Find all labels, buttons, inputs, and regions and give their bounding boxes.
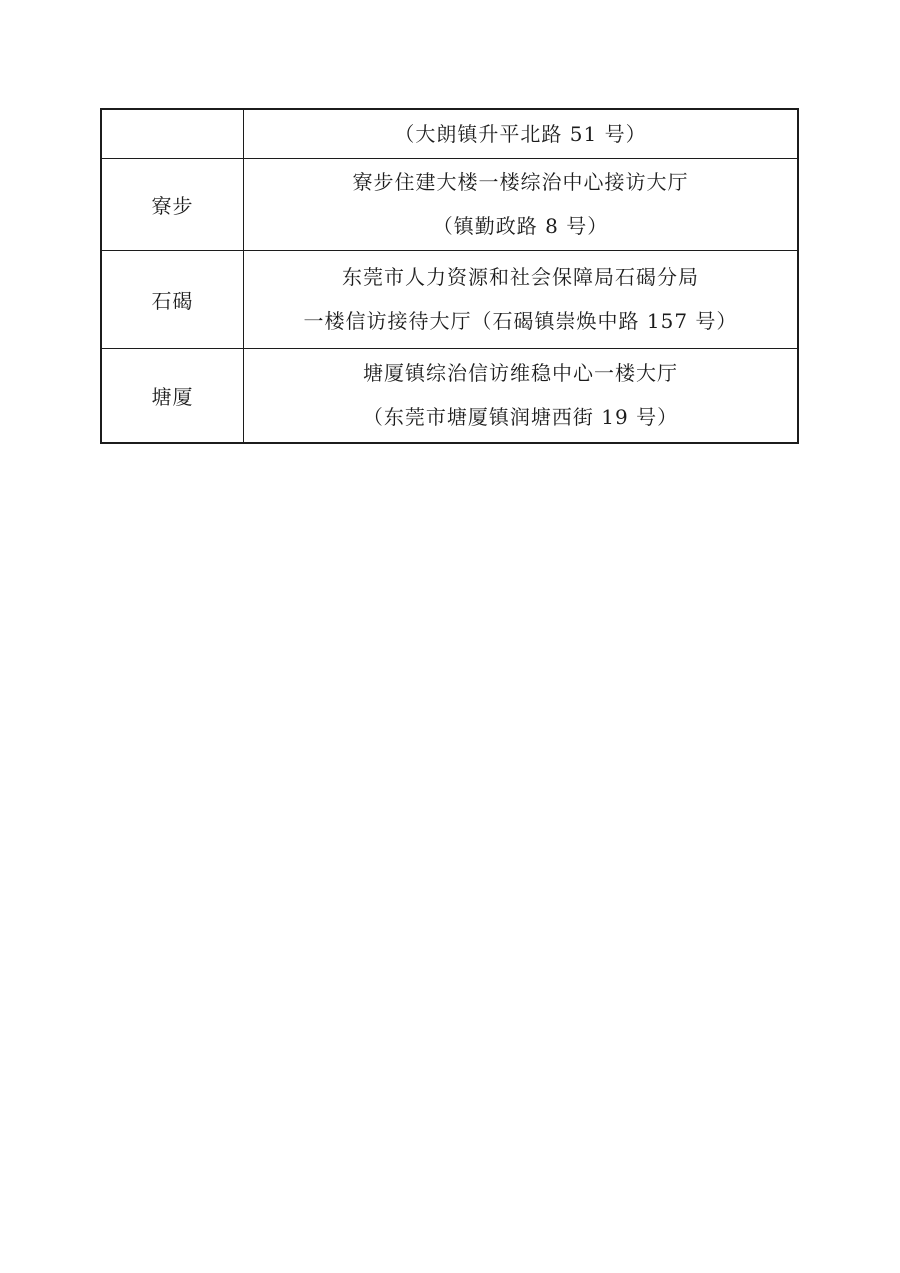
address-line: （东莞市塘厦镇润塘西街 19 号） (244, 395, 797, 439)
address-line: 寮步住建大楼一楼综治中心接访大厅 (244, 160, 797, 204)
address-cell: 寮步住建大楼一楼综治中心接访大厅 （镇勤政路 8 号） (244, 158, 799, 250)
address-cell: 东莞市人力资源和社会保障局石碣分局 一楼信访接待大厅（石碣镇崇焕中路 157 号… (244, 250, 799, 348)
town-label: 石碣 (152, 289, 194, 313)
address-line: （镇勤政路 8 号） (244, 204, 797, 248)
address-line: 塘厦镇综治信访维稳中心一楼大厅 (244, 351, 797, 395)
table-row: 石碣 东莞市人力资源和社会保障局石碣分局 一楼信访接待大厅（石碣镇崇焕中路 15… (101, 250, 798, 348)
table-row: 塘厦 塘厦镇综治信访维稳中心一楼大厅 （东莞市塘厦镇润塘西街 19 号） (101, 348, 798, 443)
address-line: 东莞市人力资源和社会保障局石碣分局 (244, 255, 797, 299)
table-row: （大朗镇升平北路 51 号） (101, 109, 798, 158)
town-cell (101, 109, 244, 158)
town-cell: 塘厦 (101, 348, 244, 443)
address-line: 一楼信访接待大厅（石碣镇崇焕中路 157 号） (244, 299, 797, 343)
table-row: 寮步 寮步住建大楼一楼综治中心接访大厅 （镇勤政路 8 号） (101, 158, 798, 250)
town-label: 塘厦 (152, 385, 194, 409)
petition-locations-table: （大朗镇升平北路 51 号） 寮步 寮步住建大楼一楼综治中心接访大厅 （镇勤政路… (100, 108, 799, 444)
town-label: 寮步 (152, 194, 194, 218)
address-cell: 塘厦镇综治信访维稳中心一楼大厅 （东莞市塘厦镇润塘西街 19 号） (244, 348, 799, 443)
town-cell: 寮步 (101, 158, 244, 250)
address-cell: （大朗镇升平北路 51 号） (244, 109, 799, 158)
address-line: （大朗镇升平北路 51 号） (244, 112, 797, 156)
document-page: （大朗镇升平北路 51 号） 寮步 寮步住建大楼一楼综治中心接访大厅 （镇勤政路… (0, 0, 900, 1273)
town-cell: 石碣 (101, 250, 244, 348)
